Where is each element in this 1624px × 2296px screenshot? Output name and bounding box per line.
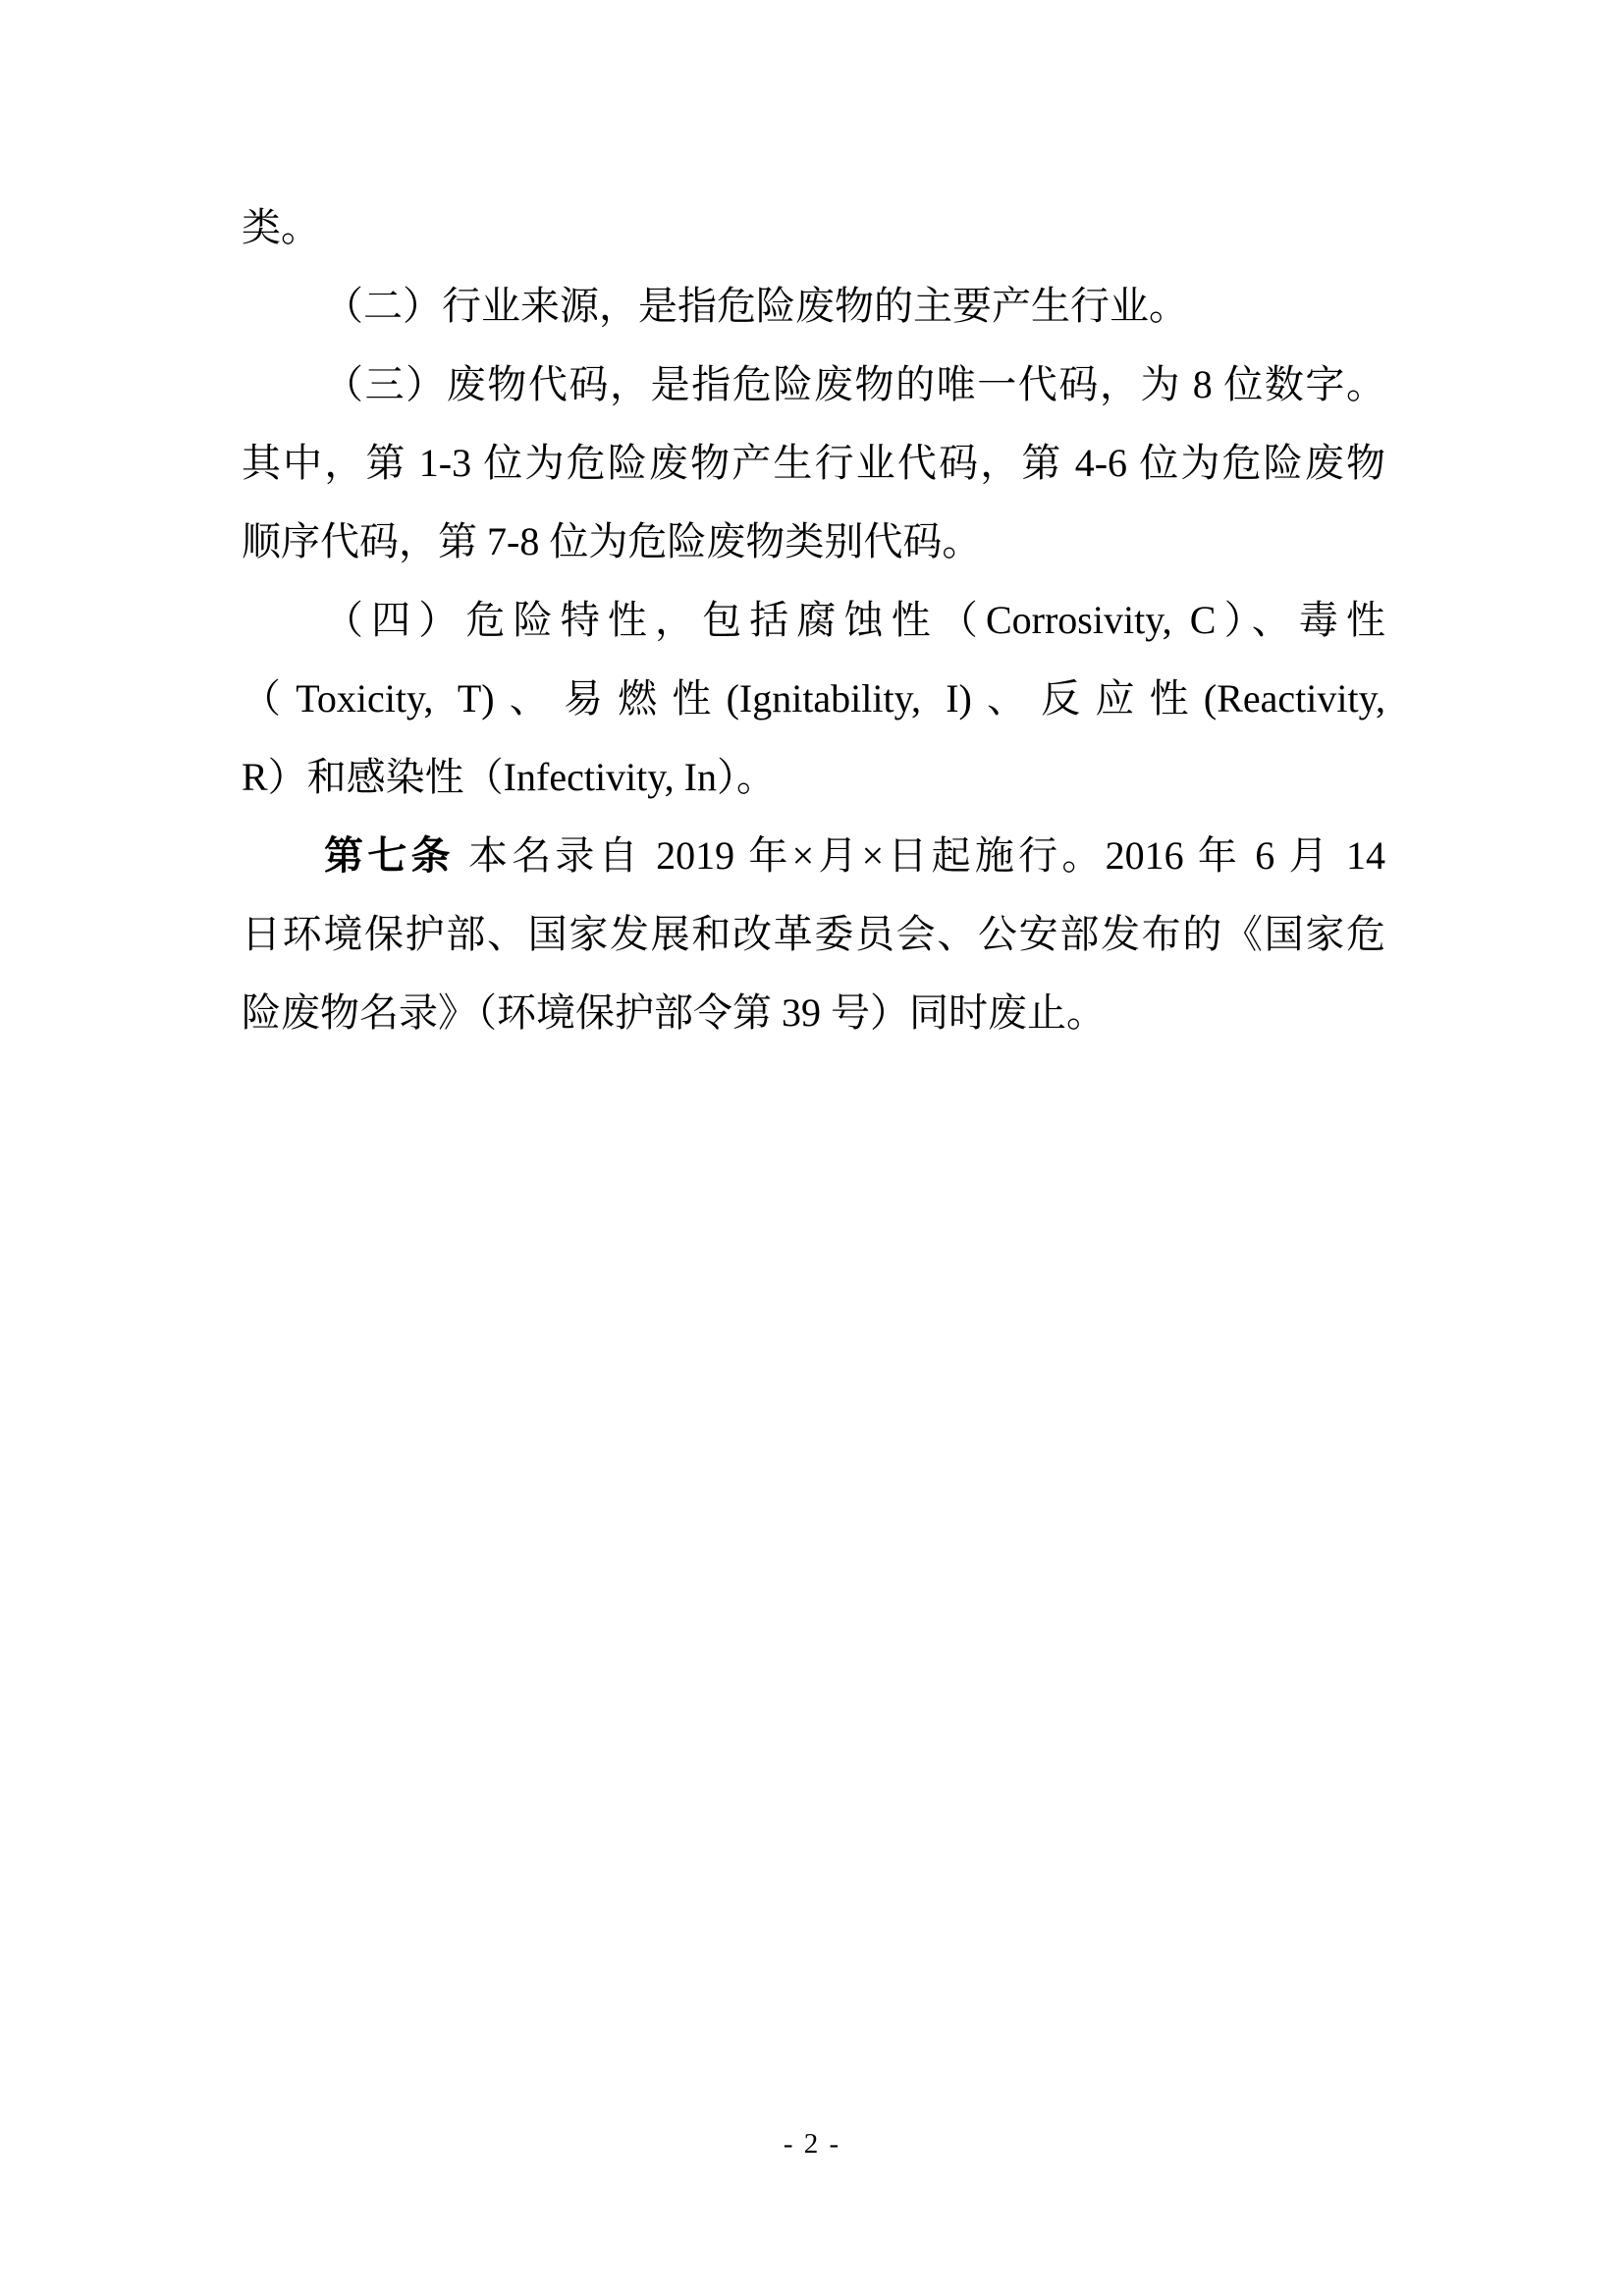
article-text: 本名录自 2019 年×月×日起施行。2016 年 6 月 14: [455, 833, 1385, 878]
text-line: （三）废物代码，是指危险废物的唯一代码，为 8 位数字。: [242, 346, 1385, 424]
text-line: 险废物名录》（环境保护部令第 39 号）同时废止。: [242, 974, 1385, 1052]
text-line: 顺序代码，第 7-8 位为危险废物类别代码。: [242, 503, 1385, 581]
text-line: 类。: [242, 188, 1385, 267]
page-footer: - 2 -: [0, 2122, 1624, 2165]
text-line: 第七条 本名录自 2019 年×月×日起施行。2016 年 6 月 14: [242, 817, 1385, 895]
text-line: 日环境保护部、国家发展和改革委员会、公安部发布的《国家危: [242, 895, 1385, 974]
page-number: - 2 -: [784, 2128, 840, 2160]
document-page: 类。 （二）行业来源，是指危险废物的主要产生行业。 （三）废物代码，是指危险废物…: [0, 0, 1624, 2296]
document-body: 类。 （二）行业来源，是指危险废物的主要产生行业。 （三）废物代码，是指危险废物…: [242, 188, 1385, 1052]
text-line: R）和感染性（Infectivity, In）。: [242, 738, 1385, 817]
text-line: （四）危险特性，包括腐蚀性（Corrosivity, C）、毒性: [242, 581, 1385, 660]
article-number: 第七条: [324, 834, 455, 878]
text-line: （二）行业来源，是指危险废物的主要产生行业。: [242, 267, 1385, 346]
text-line: （Toxicity, T)、易燃性(Ignitability, I)、反应性(R…: [242, 660, 1385, 738]
text-line: 其中，第 1-3 位为危险废物产生行业代码，第 4-6 位为危险废物: [242, 424, 1385, 503]
